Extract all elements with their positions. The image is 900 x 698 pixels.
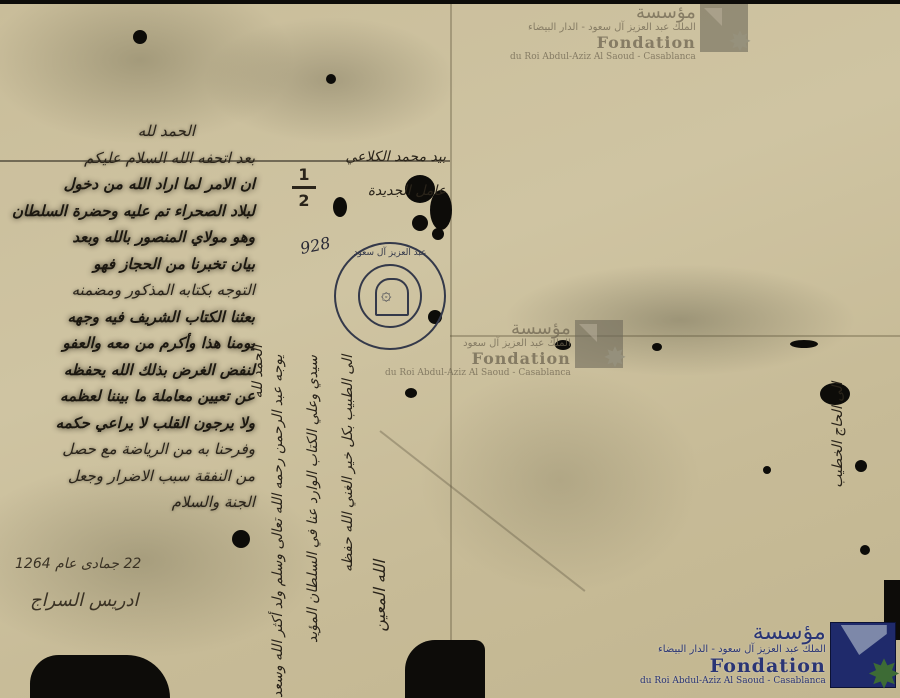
ink-hole [412,215,428,231]
letter-line: عن تعيين معاملة ما بيننا لعظمه [10,383,255,410]
watermark-french-title: Fondation [510,34,696,52]
logo-star-icon: ✸ [603,344,626,372]
letter-line: التوجه بكتابه المذكور ومضمنه [10,277,255,304]
address-block: بيد محمد الكلاعي عامل الجديدة [296,140,446,208]
watermark-arabic-title: مؤسسة [640,622,826,644]
letter-signature: ادريس السراج [30,590,138,611]
vertical-text-column: سيدي وعلي الكتاب الوارد عنا في السلطان ا… [305,355,321,655]
fraction-numerator: 1 [298,165,309,184]
stamp-star-icon: ۞ [381,286,392,304]
vertical-text-column: الله المعين [370,560,389,632]
stamp-text: عبد العزيز آل سعود [342,248,438,258]
letter-line: من النفقة سبب الاضرار وجعل [10,463,255,490]
reference-number: 928 [298,233,332,258]
letter-line: وهو مولاي المنصور بالله وبعد [10,224,255,251]
vertical-text-column: يوجه عبد الرحمن رحمه الله تعالى وسلم ولد… [270,355,286,690]
address-line: بيد محمد الكلاعي [296,140,446,174]
letter-body: الحمد لله بعد اتحفه الله السلام عليكم ان… [10,118,255,516]
watermark-french-title: Fondation [385,350,571,368]
ink-hole [133,30,147,44]
letter-line: بيان تخبرنا من الحجاز فهو [10,251,255,278]
logo-chevron [841,625,887,655]
fraction-bar [292,186,316,189]
right-margin-address: الى الحاج الخطيب [830,382,846,488]
ink-hole [652,343,662,351]
letter-line: ان الامر لما اراد الله من دخول [10,171,255,198]
watermark-arabic-title: مؤسسة [385,320,571,338]
address-line: عامل الجديدة [296,174,446,208]
diagonal-fold-line [379,430,585,592]
vertical-text-column: الى الطبيب بكل خير الغني الله حفظه [340,355,356,615]
watermark-bottom-right: مؤسسة الملك عبد العزيز آل سعود - الدار ا… [640,622,896,688]
logo-star-icon: ✸ [728,28,751,56]
torn-bottom-left [30,655,170,698]
logo-chevron [579,324,597,342]
fraction-denominator: 2 [298,191,309,210]
logo-star-icon: ✸ [867,655,900,695]
watermark-french-subtitle: du Roi Abdul-Aziz Al Saoud - Casablanca [510,52,696,63]
letter-line: لبلاد الصحراء تم عليه وحضرة السلطان [10,198,255,225]
letter-date: 22 جمادى عام 1264 [15,556,141,572]
ink-hole [405,388,417,398]
ink-hole [326,74,336,84]
stamp-inner-ring: ۞ [358,264,422,328]
vertical-text-column: الحمد لله [250,345,266,399]
watermark-arabic-title: مؤسسة [510,4,696,22]
ink-hole [432,228,444,240]
letter-line: الجنة والسلام [10,489,255,516]
letter-line: لنفض الغرض بذلك الله يحفظه [10,357,255,384]
letter-line: يومنا هذا وأكرم من معه والعفو [10,330,255,357]
letter-line: وفرحنا به من الرياضة مع حصل [10,436,255,463]
watermark-french-subtitle: du Roi Abdul-Aziz Al Saoud - Casablanca [640,676,826,687]
watermark-top: مؤسسة الملك عبد العزيز آل سعود - الدار ا… [510,4,748,63]
torn-top-edge [0,0,900,4]
fraction-mark: 1 2 [292,165,316,210]
torn-bottom-center [405,640,485,698]
letter-line: الحمد لله [10,118,255,145]
ink-hole [232,530,250,548]
ink-hole [855,460,867,472]
letter-line: بعد اتحفه الله السلام عليكم [10,145,255,172]
ink-hole [763,466,771,474]
watermark-center: مؤسسة الملك عبد العزيز آل سعود Fondation… [385,320,623,379]
letter-line: بعثنا الكتاب الشريف فيه وجهه [10,304,255,331]
ink-hole [790,340,818,348]
foundation-logo-icon: ✸ [700,4,748,52]
manuscript-page: الحمد لله بعد اتحفه الله السلام عليكم ان… [0,0,900,698]
ink-hole [860,545,870,555]
foundation-logo-icon: ✸ [830,622,896,688]
logo-chevron [704,8,722,26]
watermark-french-title: Fondation [640,656,826,676]
letter-line: ولا يرجون القلب لا يراعي حكمه [10,410,255,437]
foundation-logo-icon: ✸ [575,320,623,368]
watermark-french-subtitle: du Roi Abdul-Aziz Al Saoud - Casablanca [385,368,571,379]
